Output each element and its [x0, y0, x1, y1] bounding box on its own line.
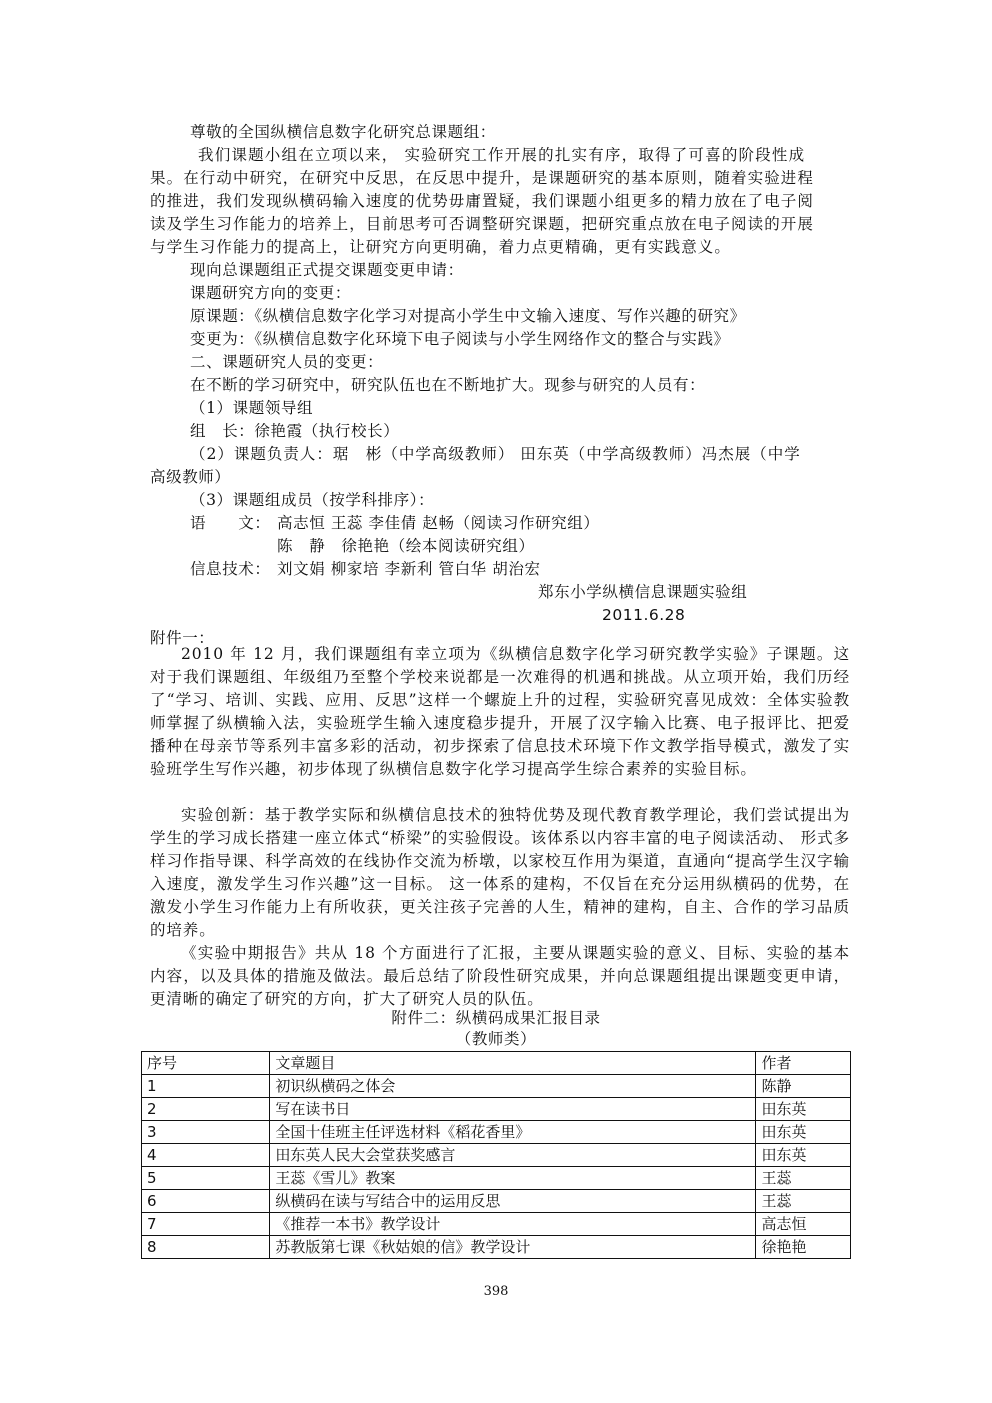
- table-row: 8 苏教版第七课《秋姑娘的信》教学设计 徐艳艳: [142, 1236, 851, 1259]
- cell-index: 6: [142, 1190, 270, 1213]
- header-author: 作者: [756, 1052, 851, 1075]
- intro-line-2: 果。在行动中研究，在研究中反思，在反思中提升，是课题研究的基本原则，随着实验进程: [150, 167, 814, 189]
- header-title: 文章题目: [270, 1052, 756, 1075]
- cell-index: 1: [142, 1075, 270, 1098]
- appendix1-paragraph-1: 2010 年 12 月，我们课题组有幸立项为《纵横信息数字化学习研究教学实验》子…: [150, 643, 850, 781]
- table-row: 1 初识纵横码之体会 陈静: [142, 1075, 851, 1098]
- original-topic: 原课题：《纵横信息数字化学习对提高小学生中文输入速度、写作兴趣的研究》: [190, 305, 746, 327]
- table-row: 2 写在读书日 田东英: [142, 1098, 851, 1121]
- cell-title: 初识纵横码之体会: [270, 1075, 756, 1098]
- cell-author: 田东英: [756, 1098, 851, 1121]
- chinese-members-1: 高志恒 王蕊 李佳倩 赵畅（阅读习作研究组）: [277, 512, 599, 534]
- table-row: 3 全国十佳班主任评选材料《稻花香里》 田东英: [142, 1121, 851, 1144]
- cell-index: 8: [142, 1236, 270, 1259]
- chinese-label: 语 文：: [190, 512, 271, 534]
- intro-line-5: 与学生习作能力的提高上，让研究方向更明确，着力点更精确，更有实践意义。: [150, 236, 731, 258]
- intro-line-3: 的推进，我们发现纵横码输入速度的优势毋庸置疑，我们课题小组更多的精力放在了电子阅: [150, 190, 814, 212]
- cell-title: 苏教版第七课《秋姑娘的信》教学设计: [270, 1236, 756, 1259]
- cell-index: 7: [142, 1213, 270, 1236]
- salutation: 尊敬的全国纵横信息数字化研究总课题组：: [190, 121, 496, 143]
- group3-heading: （3）课题组成员（按学科排序）：: [190, 489, 434, 511]
- table-header-row: 序号 文章题目 作者: [142, 1052, 851, 1075]
- cell-author: 陈静: [756, 1075, 851, 1098]
- cell-index: 3: [142, 1121, 270, 1144]
- table-row: 4 田东英人民大会堂获奖感言 田东英: [142, 1144, 851, 1167]
- table-row: 5 王蕊《雪儿》教案 王蕊: [142, 1167, 851, 1190]
- cell-title: 全国十佳班主任评选材料《稻花香里》: [270, 1121, 756, 1144]
- group2-line-2: 高级教师）: [150, 466, 231, 488]
- results-table: 序号 文章题目 作者 1 初识纵横码之体会 陈静 2 写在读书日 田东英 3 全…: [141, 1051, 851, 1259]
- cell-title: 《推荐一本书》教学设计: [270, 1213, 756, 1236]
- intro-line-4: 读及学生习作能力的培养上，目前思考可否调整研究课题，把研究重点放在电子阅读的开展: [150, 213, 814, 235]
- group1-heading: （1）课题领导组: [190, 397, 313, 419]
- cell-index: 2: [142, 1098, 270, 1121]
- chinese-members-2: 陈 静 徐艳艳（绘本阅读研究组）: [277, 535, 535, 557]
- it-members: 刘文娟 柳家培 李新利 管白华 胡治宏: [277, 558, 541, 580]
- table-row: 6 纵横码在读与写结合中的运用反思 王蕊: [142, 1190, 851, 1213]
- cell-title: 田东英人民大会堂获奖感言: [270, 1144, 756, 1167]
- changed-topic: 变更为：《纵横信息数字化环境下电子阅读与小学生网络作文的整合与实践》: [190, 328, 730, 350]
- cell-author: 田东英: [756, 1144, 851, 1167]
- cell-author: 王蕊: [756, 1167, 851, 1190]
- cell-index: 5: [142, 1167, 270, 1190]
- signature: 郑东小学纵横信息课题实验组: [538, 581, 747, 603]
- cell-author: 高志恒: [756, 1213, 851, 1236]
- cell-title: 纵横码在读与写结合中的运用反思: [270, 1190, 756, 1213]
- cell-title: 王蕊《雪儿》教案: [270, 1167, 756, 1190]
- date: 2011.6.28: [602, 604, 685, 626]
- appendix1-paragraph-3: 《实验中期报告》共从 18 个方面进行了汇报，主要从课题实验的意义、目标、实验的…: [150, 942, 850, 1011]
- cell-author: 田东英: [756, 1121, 851, 1144]
- cell-author: 王蕊: [756, 1190, 851, 1213]
- direction-heading: 课题研究方向的变更：: [190, 282, 351, 304]
- table-row: 7 《推荐一本书》教学设计 高志恒: [142, 1213, 851, 1236]
- cell-title: 写在读书日: [270, 1098, 756, 1121]
- appendix2-title: 附件二：纵横码成果汇报目录: [0, 1007, 992, 1029]
- submit-line: 现向总课题组正式提交课题变更申请：: [190, 259, 464, 281]
- it-label: 信息技术：: [190, 558, 271, 580]
- cell-index: 4: [142, 1144, 270, 1167]
- intro-line-1: 我们课题小组在立项以来， 实验研究工作开展的扎实有序，取得了可喜的阶段性成: [198, 144, 805, 166]
- cell-author: 徐艳艳: [756, 1236, 851, 1259]
- appendix2-subtitle: （教师类）: [0, 1028, 992, 1050]
- personnel-heading: 二、课题研究人员的变更：: [190, 351, 383, 373]
- appendix1-paragraph-2: 实验创新：基于教学实际和纵横信息技术的独特优势及现代教育教学理论，我们尝试提出为…: [150, 804, 850, 942]
- page-number: 398: [0, 1284, 992, 1299]
- document-page: 尊敬的全国纵横信息数字化研究总课题组： 我们课题小组在立项以来， 实验研究工作开…: [0, 0, 992, 1403]
- personnel-intro: 在不断的学习研究中，研究队伍也在不断地扩大。现参与研究的人员有：: [190, 374, 705, 396]
- header-index: 序号: [142, 1052, 270, 1075]
- group1-leader: 组 长：徐艳霞（执行校长）: [190, 420, 399, 442]
- group2-line-1: （2）课题负责人：琚 彬（中学高级教师） 田东英（中学高级教师）冯杰展（中学: [190, 443, 801, 465]
